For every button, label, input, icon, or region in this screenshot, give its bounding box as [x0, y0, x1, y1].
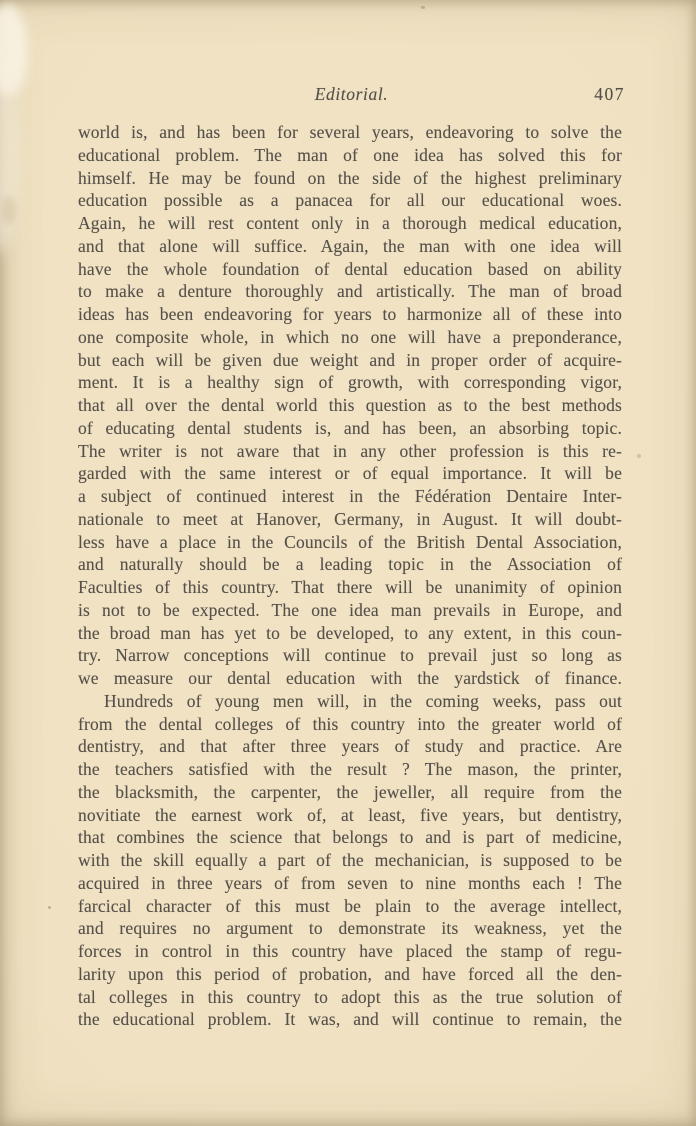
- text-line: acquired in three years of from seven to…: [78, 872, 622, 895]
- text-line: education possible as a panacea for all …: [78, 189, 622, 212]
- page-number: 407: [594, 83, 625, 105]
- text-line: dentistry, and that after three years of…: [78, 735, 622, 758]
- text-line: farcical character of this must be plain…: [78, 895, 622, 918]
- page-speck: [421, 6, 425, 9]
- text-line: the teachers satisfied with the result ?…: [78, 758, 622, 781]
- text-line: with the skill equally a part of the mec…: [78, 849, 622, 872]
- text-line: Hundreds of young men will, in the comin…: [78, 690, 622, 713]
- text-line: a subject of continued interest in the F…: [78, 485, 622, 508]
- page-speck: [637, 454, 641, 458]
- text-line: less have a place in the Councils of the…: [78, 531, 622, 554]
- text-line: from the dental colleges of this country…: [78, 713, 622, 736]
- text-line: try. Narrow conceptions will continue to…: [78, 644, 622, 667]
- text-line: larity upon this period of probation, an…: [78, 963, 622, 986]
- running-head: Editorial. 407: [78, 83, 625, 105]
- text-line: Again, he will rest content only in a th…: [78, 212, 622, 235]
- text-line: the educational problem. It was, and wil…: [78, 1008, 622, 1031]
- text-line: that all over the dental world this ques…: [78, 394, 622, 417]
- text-line: but each will be given due weight and in…: [78, 349, 622, 372]
- text-line: ideas has been endeavoring for years to …: [78, 303, 622, 326]
- text-line: tal colleges in this country to adopt th…: [78, 986, 622, 1009]
- paper-stain: [1, 196, 16, 224]
- text-line: and naturally should be a leading topic …: [78, 553, 622, 576]
- text-column: world is, and has been for several years…: [78, 121, 622, 1031]
- text-line: himself. He may be found on the side of …: [78, 167, 622, 190]
- running-title: Editorial.: [78, 83, 625, 105]
- text-line: and requires no argument to demonstrate …: [78, 917, 622, 940]
- text-line: is not to be expected. The one idea man …: [78, 599, 622, 622]
- text-line: world is, and has been for several years…: [78, 121, 622, 144]
- text-line: the broad man has yet to be developed, t…: [78, 622, 622, 645]
- text-line: The writer is not aware that in any othe…: [78, 440, 622, 463]
- page-speck: [48, 906, 51, 909]
- scanned-book-page: Editorial. 407 world is, and has been fo…: [0, 0, 696, 1126]
- text-line: to make a denture thoroughly and artisti…: [78, 280, 622, 303]
- text-line: we measure our dental education with the…: [78, 667, 622, 690]
- text-line: nationale to meet at Hanover, Germany, i…: [78, 508, 622, 531]
- text-line: have the whole foundation of dental educ…: [78, 258, 622, 281]
- text-line: one composite whole, in which no one wil…: [78, 326, 622, 349]
- text-line: the blacksmith, the carpenter, the jewel…: [78, 781, 622, 804]
- text-line: Faculties of this country. That there wi…: [78, 576, 622, 599]
- text-line: and that alone will suffice. Again, the …: [78, 235, 622, 258]
- text-line: ment. It is a healthy sign of growth, wi…: [78, 371, 622, 394]
- text-line: educational problem. The man of one idea…: [78, 144, 622, 167]
- text-line: garded with the same interest or of equa…: [78, 462, 622, 485]
- text-line: novitiate the earnest work of, at least,…: [78, 804, 622, 827]
- text-line: forces in control in this country have p…: [78, 940, 622, 963]
- text-line: that combines the science that belongs t…: [78, 826, 622, 849]
- text-line: of educating dental students is, and has…: [78, 417, 622, 440]
